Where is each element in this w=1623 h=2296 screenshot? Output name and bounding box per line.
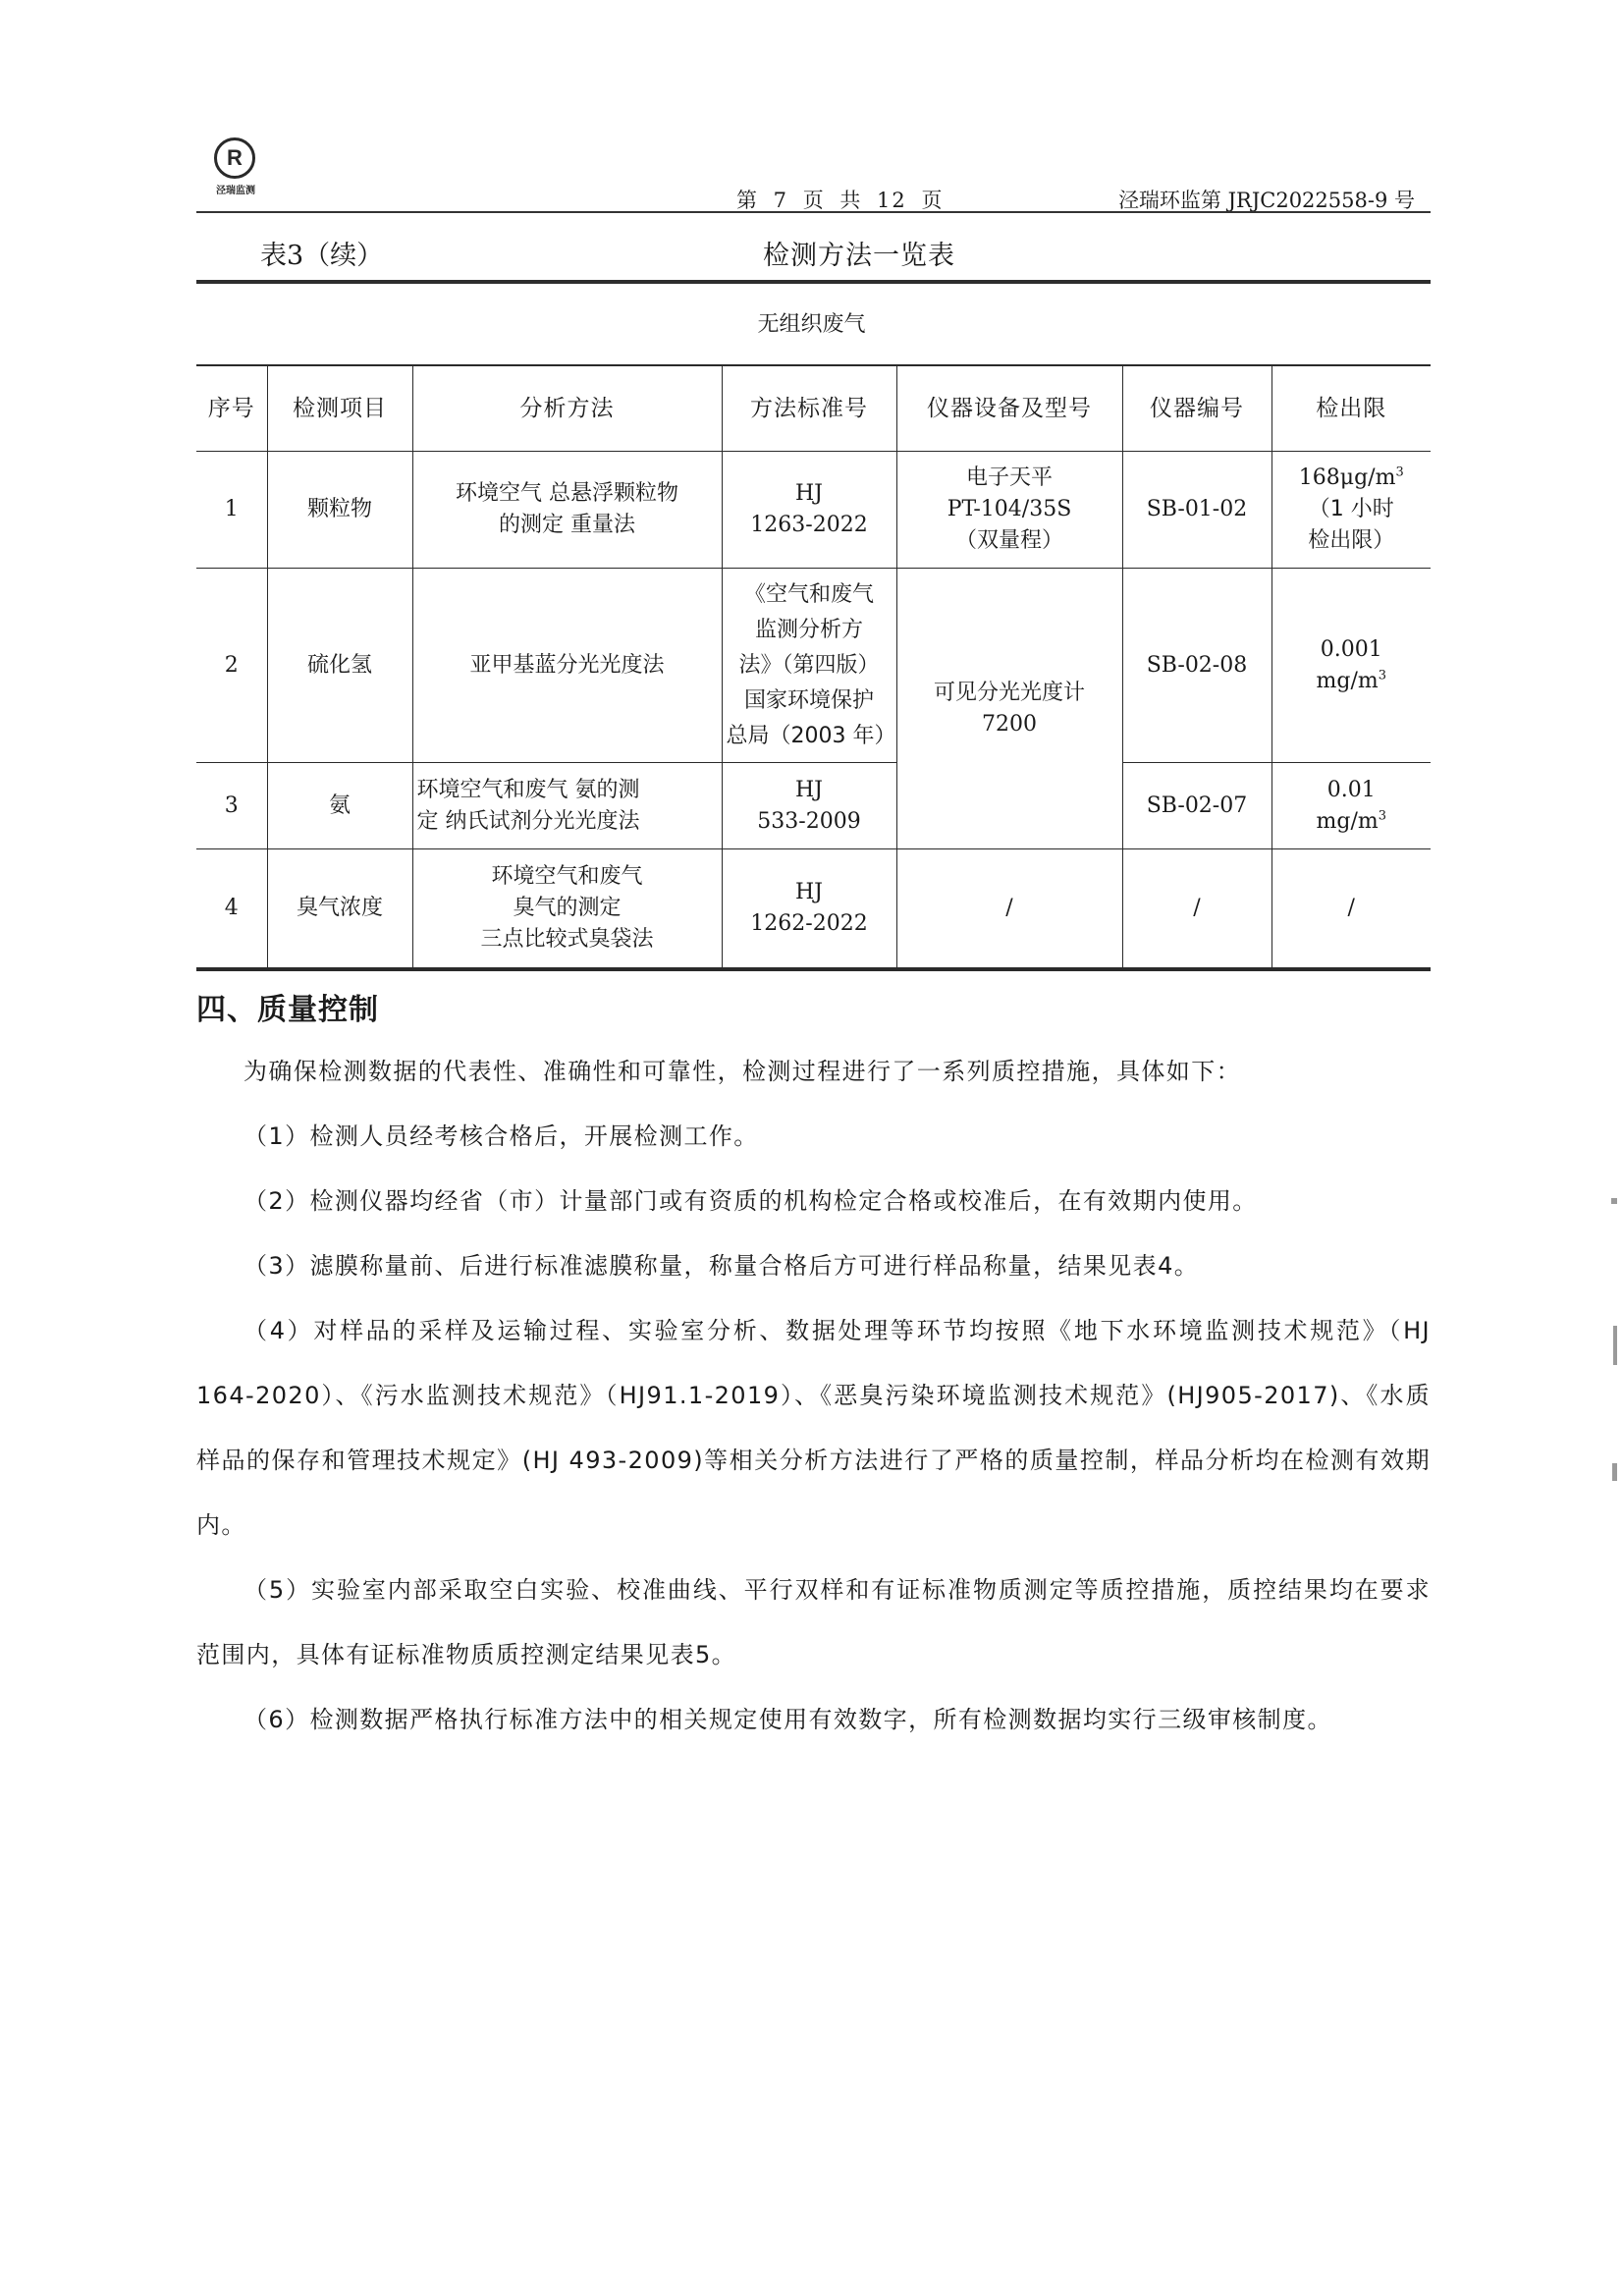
cell-no: 1 xyxy=(196,452,267,569)
paragraph-4: （4）对样品的采样及运输过程、实验室分析、数据处理等环节均按照《地下水环境监测技… xyxy=(196,1298,1431,1558)
paragraph-2: （2）检测仪器均经省（市）计量部门或有资质的机构检定合格或校准后，在有效期内使用… xyxy=(196,1169,1431,1233)
cell-limit: 0.001mg/m3 xyxy=(1271,569,1431,763)
cell-standard: HJ1263-2022 xyxy=(722,452,896,569)
company-logo: R 泾瑞监测 xyxy=(204,137,267,206)
title-rule xyxy=(196,280,1431,284)
cell-instrument: / xyxy=(896,849,1122,969)
cell-item: 硫化氢 xyxy=(267,569,412,763)
paragraph-intro: 为确保检测数据的代表性、准确性和可靠性，检测过程进行了一系列质控措施，具体如下： xyxy=(196,1039,1431,1104)
header-rule xyxy=(196,211,1431,213)
cell-method: 亚甲基蓝分光光度法 xyxy=(412,569,722,763)
cell-limit: 0.01mg/m3 xyxy=(1271,763,1431,849)
col-header-method: 分析方法 xyxy=(412,365,722,452)
cell-limit: / xyxy=(1271,849,1431,969)
scan-artifact xyxy=(1611,1198,1617,1204)
paragraph-5: （5）实验室内部采取空白实验、校准曲线、平行双样和有证标准物质测定等质控措施，质… xyxy=(196,1558,1431,1687)
page-number: 第 7 页 共 12 页 xyxy=(736,185,944,214)
cell-no: 2 xyxy=(196,569,267,763)
logo-text: 泾瑞监测 xyxy=(204,182,267,196)
col-header-no: 序号 xyxy=(196,365,267,452)
paragraph-3: （3）滤膜称量前、后进行标准滤膜称量，称量合格后方可进行样品称量，结果见表4。 xyxy=(196,1233,1431,1298)
cell-no: 3 xyxy=(196,763,267,849)
paragraph-6: （6）检测数据严格执行标准方法中的相关规定使用有效数字，所有检测数据均实行三级审… xyxy=(196,1687,1431,1752)
methods-table: 序号 检测项目 分析方法 方法标准号 仪器设备及型号 仪器编号 检出限 1 颗粒… xyxy=(196,364,1431,971)
cell-method: 环境空气和废气臭气的测定三点比较式臭袋法 xyxy=(412,849,722,969)
table-row: 1 颗粒物 环境空气 总悬浮颗粒物的测定 重量法 HJ1263-2022 电子天… xyxy=(196,452,1431,569)
cell-limit: 168μg/m3（1 小时检出限） xyxy=(1271,452,1431,569)
col-header-instrument: 仪器设备及型号 xyxy=(896,365,1122,452)
section-body: 为确保检测数据的代表性、准确性和可靠性，检测过程进行了一系列质控措施，具体如下：… xyxy=(196,1039,1431,1752)
cell-instrument-no: SB-01-02 xyxy=(1122,452,1271,569)
cell-instrument-no: SB-02-07 xyxy=(1122,763,1271,849)
table-header-row: 序号 检测项目 分析方法 方法标准号 仪器设备及型号 仪器编号 检出限 xyxy=(196,365,1431,452)
report-number: 泾瑞环监第 JRJC2022558-9 号 xyxy=(1118,185,1415,214)
cell-no: 4 xyxy=(196,849,267,969)
scan-artifact xyxy=(1613,1326,1617,1365)
col-header-limit: 检出限 xyxy=(1271,365,1431,452)
cell-method: 环境空气 总悬浮颗粒物的测定 重量法 xyxy=(412,452,722,569)
cell-item: 颗粒物 xyxy=(267,452,412,569)
cell-instrument: 可见分光光度计7200 xyxy=(896,569,1122,849)
table-row: 4 臭气浓度 环境空气和废气臭气的测定三点比较式臭袋法 HJ1262-2022 … xyxy=(196,849,1431,969)
cell-item: 氨 xyxy=(267,763,412,849)
table-row: 2 硫化氢 亚甲基蓝分光光度法 《空气和废气监测分析方法》（第四版）国家环境保护… xyxy=(196,569,1431,763)
table-row: 3 氨 环境空气和废气 氨的测定 纳氏试剂分光光度法 HJ533-2009 SB… xyxy=(196,763,1431,849)
col-header-item: 检测项目 xyxy=(267,365,412,452)
cell-standard: HJ1262-2022 xyxy=(722,849,896,969)
cell-instrument-no: / xyxy=(1122,849,1271,969)
table-title: 检测方法一览表 xyxy=(763,234,955,272)
cell-standard: HJ533-2009 xyxy=(722,763,896,849)
cell-item: 臭气浓度 xyxy=(267,849,412,969)
table-caption: 表3（续） xyxy=(260,234,383,272)
logo-emblem-icon: R xyxy=(214,137,255,179)
section-heading: 四、质量控制 xyxy=(196,985,379,1028)
col-header-standard: 方法标准号 xyxy=(722,365,896,452)
cell-instrument-no: SB-02-08 xyxy=(1122,569,1271,763)
col-header-instrument-no: 仪器编号 xyxy=(1122,365,1271,452)
cell-standard: 《空气和废气监测分析方法》（第四版）国家环境保护总局（2003 年） xyxy=(722,569,896,763)
paragraph-1: （1）检测人员经考核合格后，开展检测工作。 xyxy=(196,1104,1431,1169)
scan-artifact xyxy=(1612,1463,1617,1481)
table-subtitle: 无组织废气 xyxy=(0,307,1623,338)
cell-instrument: 电子天平PT-104/35S（双量程） xyxy=(896,452,1122,569)
cell-method: 环境空气和废气 氨的测定 纳氏试剂分光光度法 xyxy=(412,763,722,849)
